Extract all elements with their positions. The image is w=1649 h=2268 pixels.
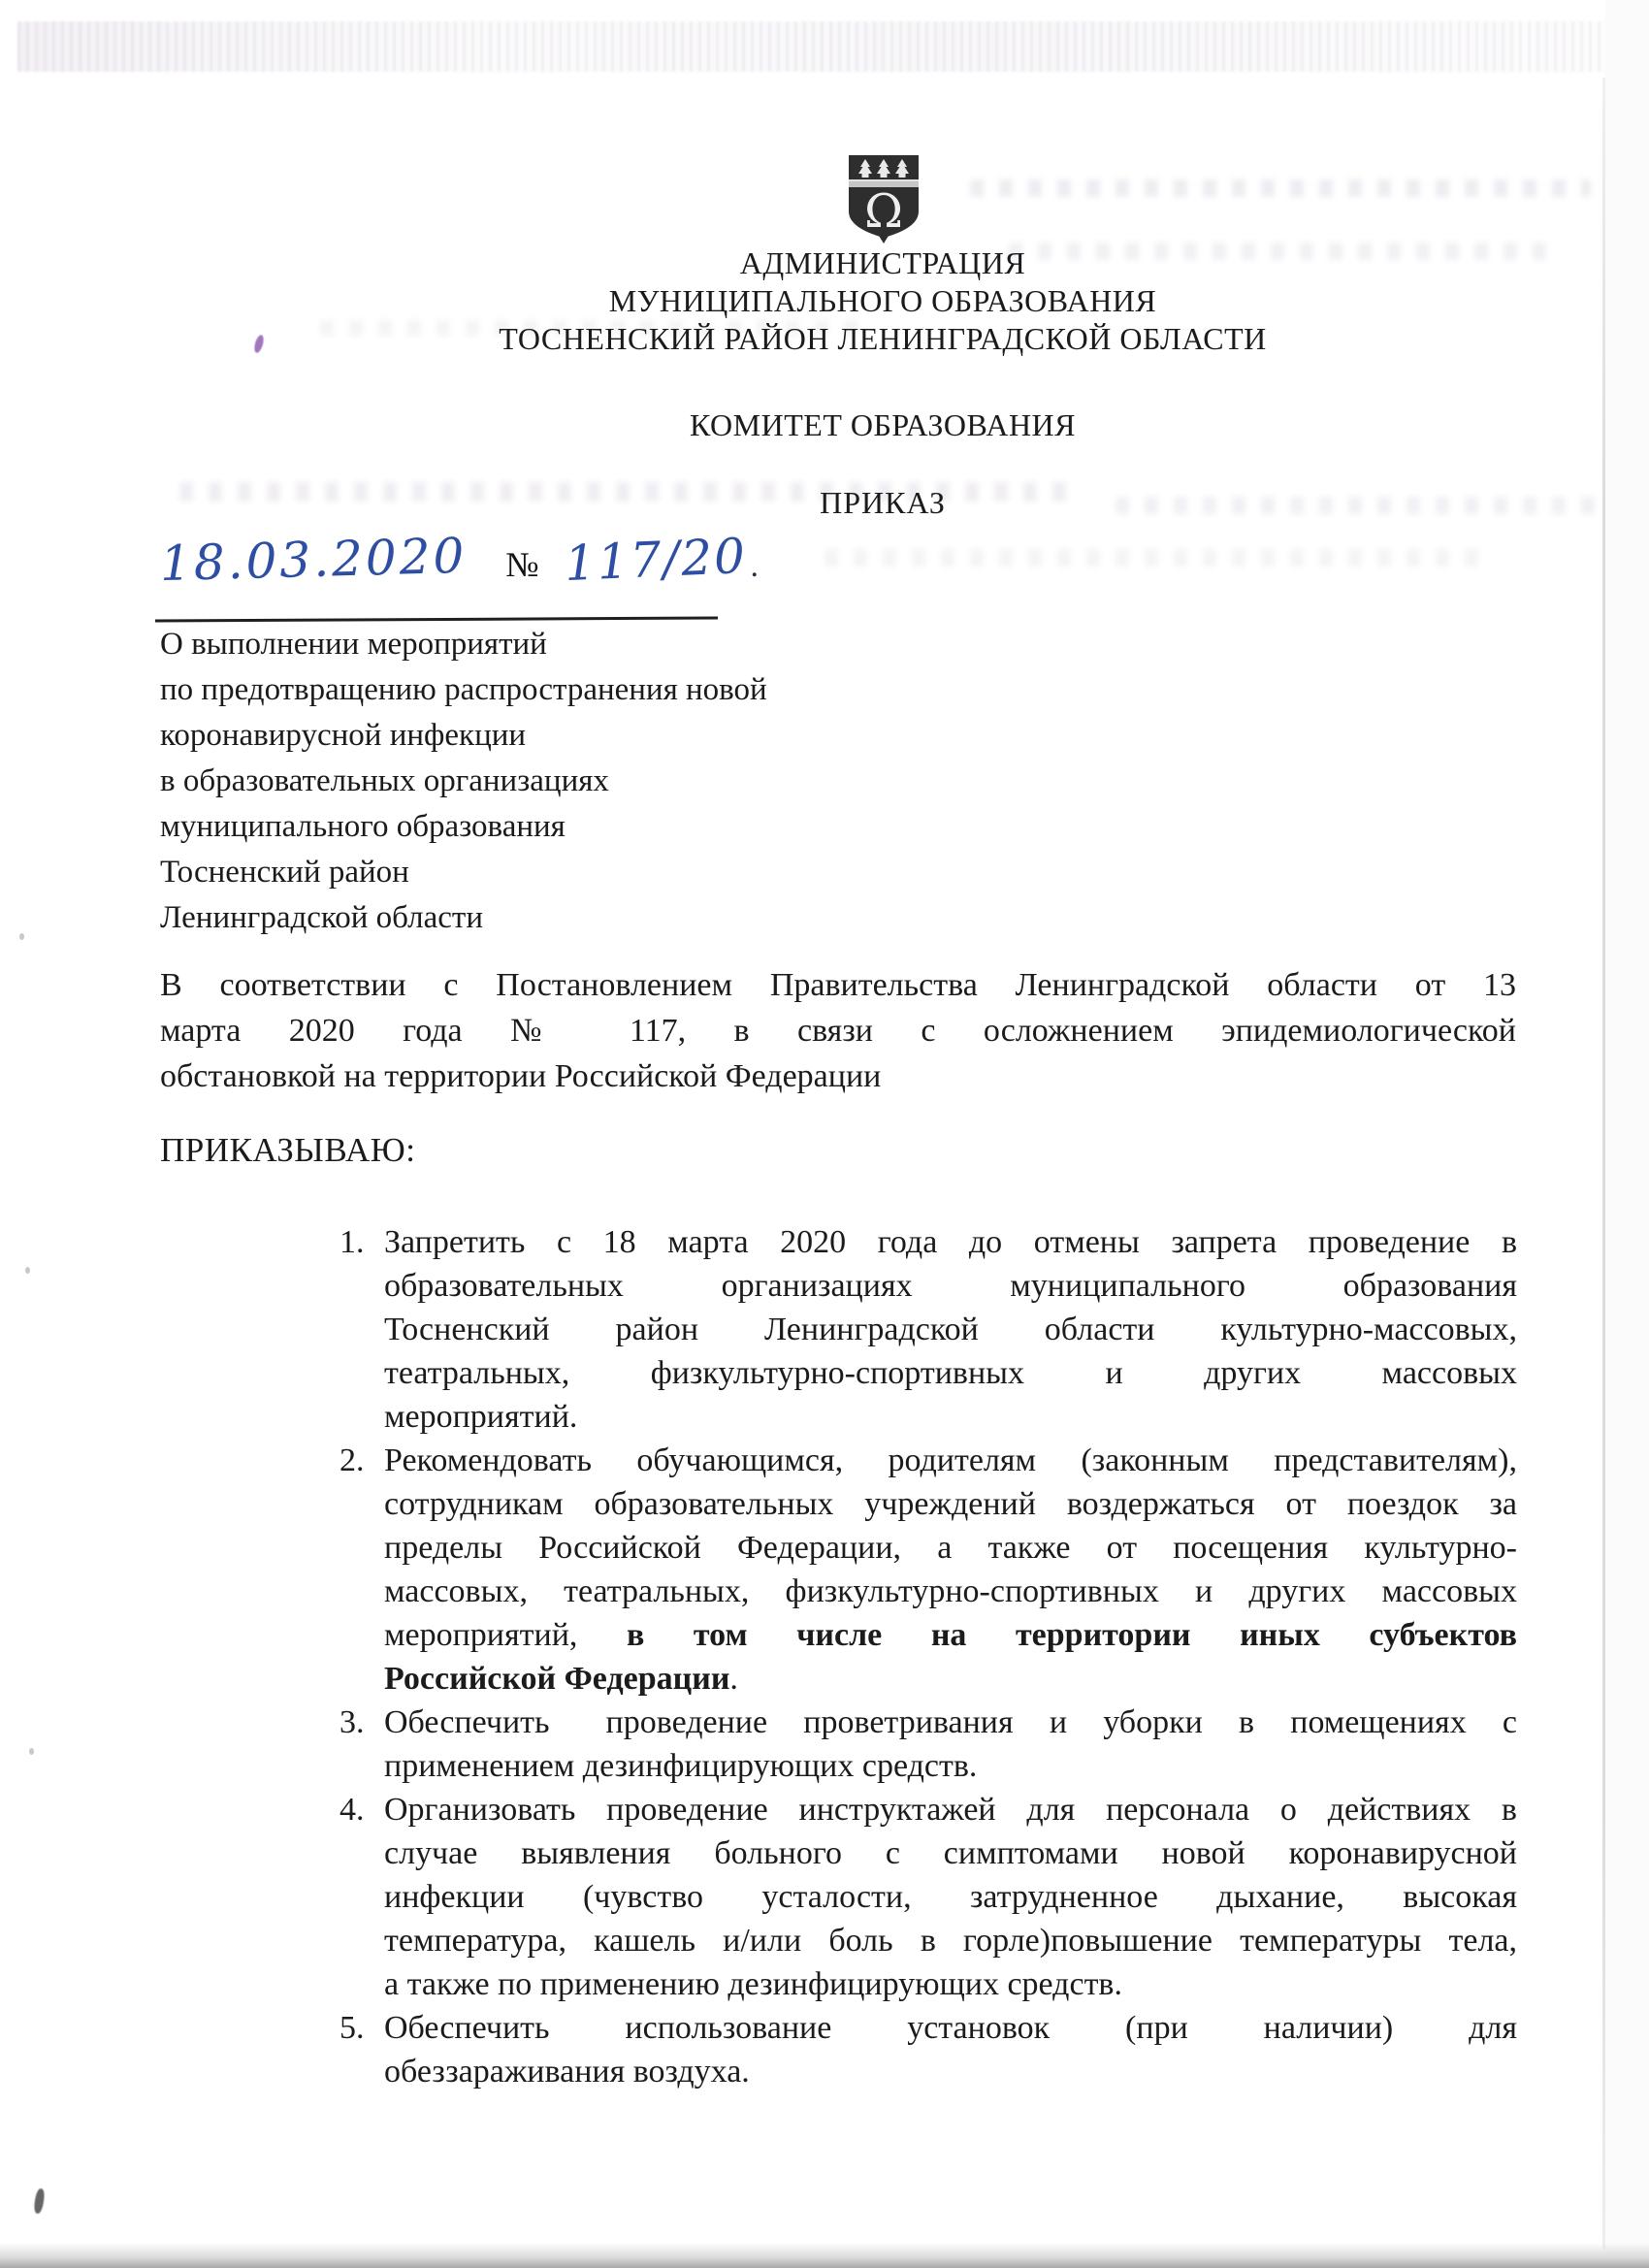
item-line: Организовать проведение инструктажей для… [384,1788,1517,1831]
subject-line: муниципального образования [160,804,955,850]
item-line: пределы Российской Федерации, а также от… [384,1526,1517,1570]
subject-line: Тосненский район [160,850,955,895]
order-item-3: 3. Обеспечитьпроведение проветривания и … [339,1701,1517,1788]
item-number: 4. [339,1788,365,1831]
order-verb: ПРИКАЗЫВАЮ: [160,1131,415,1170]
item-line: обеззараживания воздуха. [384,2050,1517,2093]
number-sign: № [505,544,538,585]
scanned-order-document: Ω АДМИНИСТРАЦИЯ МУНИЦИПАЛЬНОГО ОБРАЗОВАН… [0,0,1649,2268]
subject-line: в образовательных организациях [160,759,955,804]
svg-text:Ω: Ω [864,184,903,239]
item-number: 3. [339,1701,365,1744]
intro-paragraph: В соответствии с Постановлением Правител… [160,962,1516,1099]
item-line: случае выявления больного с симптомами н… [384,1831,1517,1875]
item-line: Обеспечить использование установок (при … [384,2006,1517,2050]
item-line: образовательных организациях муниципальн… [384,1264,1517,1308]
item-number: 5. [339,2006,365,2050]
document-type-title: ПРИКАЗ [136,485,1630,521]
item-line: Тосненский район Ленинградской области к… [384,1308,1517,1351]
order-item-1: 1. Запретить с 18 марта 2020 года до отм… [339,1220,1517,1439]
handwritten-order-number: 117/20 [563,528,747,592]
item-line: мероприятий, в том числе на территории и… [384,1613,1517,1657]
item-line: мероприятий. [384,1395,1517,1439]
item-line: применением дезинфицирующих средств. [384,1744,1517,1788]
item-line: а также по применению дезинфицирующих ср… [384,1962,1517,2006]
ink-fleck [33,2187,46,2214]
bleedthrough-smudge [824,549,1484,567]
org-name-line: ТОСНЕНСКИЙ РАЙОН ЛЕНИНГРАДСКОЙ ОБЛАСТИ [136,320,1630,358]
scan-edge-line [1602,78,1605,2249]
intro-line: В соответствии с Постановлением Правител… [160,962,1516,1008]
subject-line: коронавирусной инфекции [160,713,955,759]
handwritten-date: 18.03.2020 [159,528,468,592]
intro-line: марта 2020 года № 117, в связи с осложне… [160,1008,1516,1053]
item-line: Обеспечитьпроведение проветривания и убо… [384,1701,1517,1744]
item-line: массовых, театральных, физкультурно-спор… [384,1570,1517,1613]
bleedthrough-smudge [970,179,1591,197]
subject-line: О выполнении мероприятий [160,622,955,667]
item-line: сотрудникам образовательных учреждений в… [384,1482,1517,1526]
committee-name: КОМИТЕТ ОБРАЗОВАНИЯ [136,407,1630,443]
order-item-5: 5. Обеспечить использование установок (п… [339,2006,1517,2093]
tosno-coat-of-arms-icon: Ω [846,153,921,244]
subject-line: Ленинградской области [160,895,955,941]
scan-noise-band [17,21,1608,72]
order-item-2: 2. Рекомендовать обучающимся, родителям … [339,1439,1517,1701]
item-number: 1. [339,1220,365,1264]
org-name-line: МУНИЦИПАЛЬНОГО ОБРАЗОВАНИЯ [136,282,1630,320]
item-line: Рекомендовать обучающимся, родителям (за… [384,1439,1517,1482]
scan-speck [19,933,24,940]
date-number-line: 18.03.2020 № 117/20 . [160,532,759,617]
subject-line: по предотвращению распространения новой [160,667,955,713]
item-line: Запретить с 18 марта 2020 года до отмены… [384,1220,1517,1264]
item-line: температура, кашель и/или боль в горле)п… [384,1919,1517,1962]
scan-speck [25,1267,30,1274]
item-line: театральных, физкультурно-спортивных и д… [384,1351,1517,1395]
order-subject: О выполнении мероприятий по предотвращен… [160,622,955,941]
intro-line: обстановкой на территории Российской Фед… [160,1053,1516,1099]
order-item-4: 4. Организовать проведение инструктажей … [339,1788,1517,2006]
item-number: 2. [339,1439,365,1482]
org-header: АДМИНИСТРАЦИЯ МУНИЦИПАЛЬНОГО ОБРАЗОВАНИЯ… [136,244,1630,358]
scan-bottom-shadow [0,2243,1649,2268]
org-name-line: АДМИНИСТРАЦИЯ [136,244,1630,282]
period-mark: . [751,548,760,585]
order-items-list: 1. Запретить с 18 марта 2020 года до отм… [339,1220,1517,2093]
item-line: инфекции (чувство усталости, затрудненно… [384,1875,1517,1919]
item-line: Российской Федерации. [384,1657,1517,1701]
scan-speck [29,1748,34,1755]
